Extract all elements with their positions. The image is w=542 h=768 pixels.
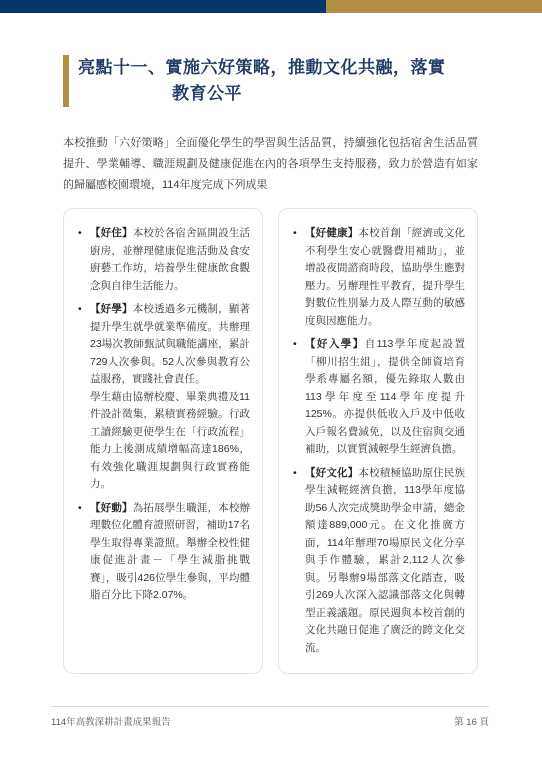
bullet-body-text: 本校首創「經濟或文化不利學生安心就醫費用補助」，並增設夜間諮商時段，協助學生應對… (305, 227, 465, 327)
page-title: 亮點十一、實施六好策略，推動文化共融，落實 教育公平 (78, 55, 446, 107)
bullet-item-good-living: 【好住】本校於各宿舍區開設生活廚房，並辦理健康促進活動及食安廚藝工作坊，培養學生… (78, 225, 250, 295)
bullet-label-good-activity: 【好動】 (90, 502, 133, 514)
bullet-marker-icon (293, 465, 305, 658)
bullet-text-good-admission: 【好入學】自113學年度起設置「柳川招生組」，提供全師資培育學系專屬名額，優先錄… (305, 336, 465, 459)
bullet-label-good-health: 【好健康】 (305, 227, 358, 239)
bullet-marker-icon (293, 336, 305, 459)
footer-divider (51, 706, 489, 707)
page-title-line1: 亮點十一、實施六好策略，推動文化共融，落實 (78, 55, 446, 81)
bullet-text-good-culture: 【好文化】本校積極協助原住民族學生減輕經濟負擔，113學年度協助56人次完成獎助… (305, 465, 465, 658)
title-accent-bar (63, 55, 69, 107)
card-left: 【好住】本校於各宿舍區開設生活廚房，並辦理健康促進活動及食安廚藝工作坊，培養學生… (63, 208, 263, 674)
bullet-body-text: 本校透過多元機制，顯著提升學生就學就業準備度。共辦理23場次教師甄試與職能講座，… (90, 303, 250, 385)
bullet-label-good-learning: 【好學】 (90, 303, 133, 315)
bullet-body-text: 自113學年度起設置「柳川招生組」，提供全師資培育學系專屬名額，優先錄取人數由1… (305, 338, 465, 455)
bullet-label-good-admission: 【好入學】 (305, 338, 365, 350)
page-footer: 114年高教深耕計畫成果報告 第 16 頁 (51, 706, 489, 728)
bullet-item-good-culture: 【好文化】本校積極協助原住民族學生減輕經濟負擔，113學年度協助56人次完成獎助… (293, 465, 465, 658)
intro-paragraph: 本校推動「六好策略」全面優化學生的學習與生活品質，持續強化包括宿舍生活品質提升、… (63, 133, 478, 196)
bullet-marker-icon (78, 225, 90, 295)
bullet-extra-good-learning: 學生藉由協辦校慶、畢業典禮及11件設計徵集，累積實務經驗。行政工讀經驗更使學生在… (90, 389, 250, 494)
highlight-cards: 【好住】本校於各宿舍區開設生活廚房，並辦理健康促進活動及食安廚藝工作坊，培養學生… (63, 208, 478, 674)
bullet-text-good-health: 【好健康】本校首創「經濟或文化不利學生安心就醫費用補助」，並增設夜間諮商時段，協… (305, 225, 465, 330)
bullet-text-good-living: 【好住】本校於各宿舍區開設生活廚房，並辦理健康促進活動及食安廚藝工作坊，培養學生… (90, 225, 250, 295)
bullet-text-good-activity: 【好動】為拓展學生職涯，本校辦理數位化體育證照研習，補助17名學生取得專業證照。… (90, 500, 250, 605)
section-title-block: 亮點十一、實施六好策略，推動文化共融，落實 教育公平 (63, 55, 478, 107)
report-page: 亮點十一、實施六好策略，推動文化共融，落實 教育公平 本校推動「六好策略」全面優… (0, 0, 542, 768)
bullet-label-good-living: 【好住】 (90, 227, 133, 239)
bullet-marker-icon (78, 500, 90, 605)
bullet-item-good-admission: 【好入學】自113學年度起設置「柳川招生組」，提供全師資培育學系專屬名額，優先錄… (293, 336, 465, 459)
bullet-body-text: 本校積極協助原住民族學生減輕經濟負擔，113學年度協助56人次完成獎助學金申請，… (305, 467, 465, 654)
page-content: 亮點十一、實施六好策略，推動文化共融，落實 教育公平 本校推動「六好策略」全面優… (0, 55, 542, 674)
bullet-text-good-learning: 【好學】本校透過多元機制，顯著提升學生就學就業準備度。共辦理23場次教師甄試與職… (90, 301, 250, 494)
bullet-marker-icon (293, 225, 305, 330)
footer-page-number: 第 16 頁 (454, 714, 489, 728)
bullet-item-good-health: 【好健康】本校首創「經濟或文化不利學生安心就醫費用補助」，並增設夜間諮商時段，協… (293, 225, 465, 330)
bullet-marker-icon (78, 301, 90, 494)
page-top-accent-bar (0, 0, 542, 13)
page-title-line2: 教育公平 (78, 81, 446, 107)
top-bar-gold-segment (326, 0, 542, 13)
footer-row: 114年高教深耕計畫成果報告 第 16 頁 (51, 714, 489, 728)
bullet-item-good-activity: 【好動】為拓展學生職涯，本校辦理數位化體育證照研習，補助17名學生取得專業證照。… (78, 500, 250, 605)
top-bar-navy-segment (0, 0, 326, 13)
bullet-body-text: 為拓展學生職涯，本校辦理數位化體育證照研習，補助17名學生取得專業證照。舉辦全校… (90, 502, 250, 602)
card-right: 【好健康】本校首創「經濟或文化不利學生安心就醫費用補助」，並增設夜間諮商時段，協… (278, 208, 478, 674)
bullet-item-good-learning: 【好學】本校透過多元機制，顯著提升學生就學就業準備度。共辦理23場次教師甄試與職… (78, 301, 250, 494)
footer-report-title: 114年高教深耕計畫成果報告 (51, 714, 171, 728)
bullet-label-good-culture: 【好文化】 (305, 467, 358, 479)
